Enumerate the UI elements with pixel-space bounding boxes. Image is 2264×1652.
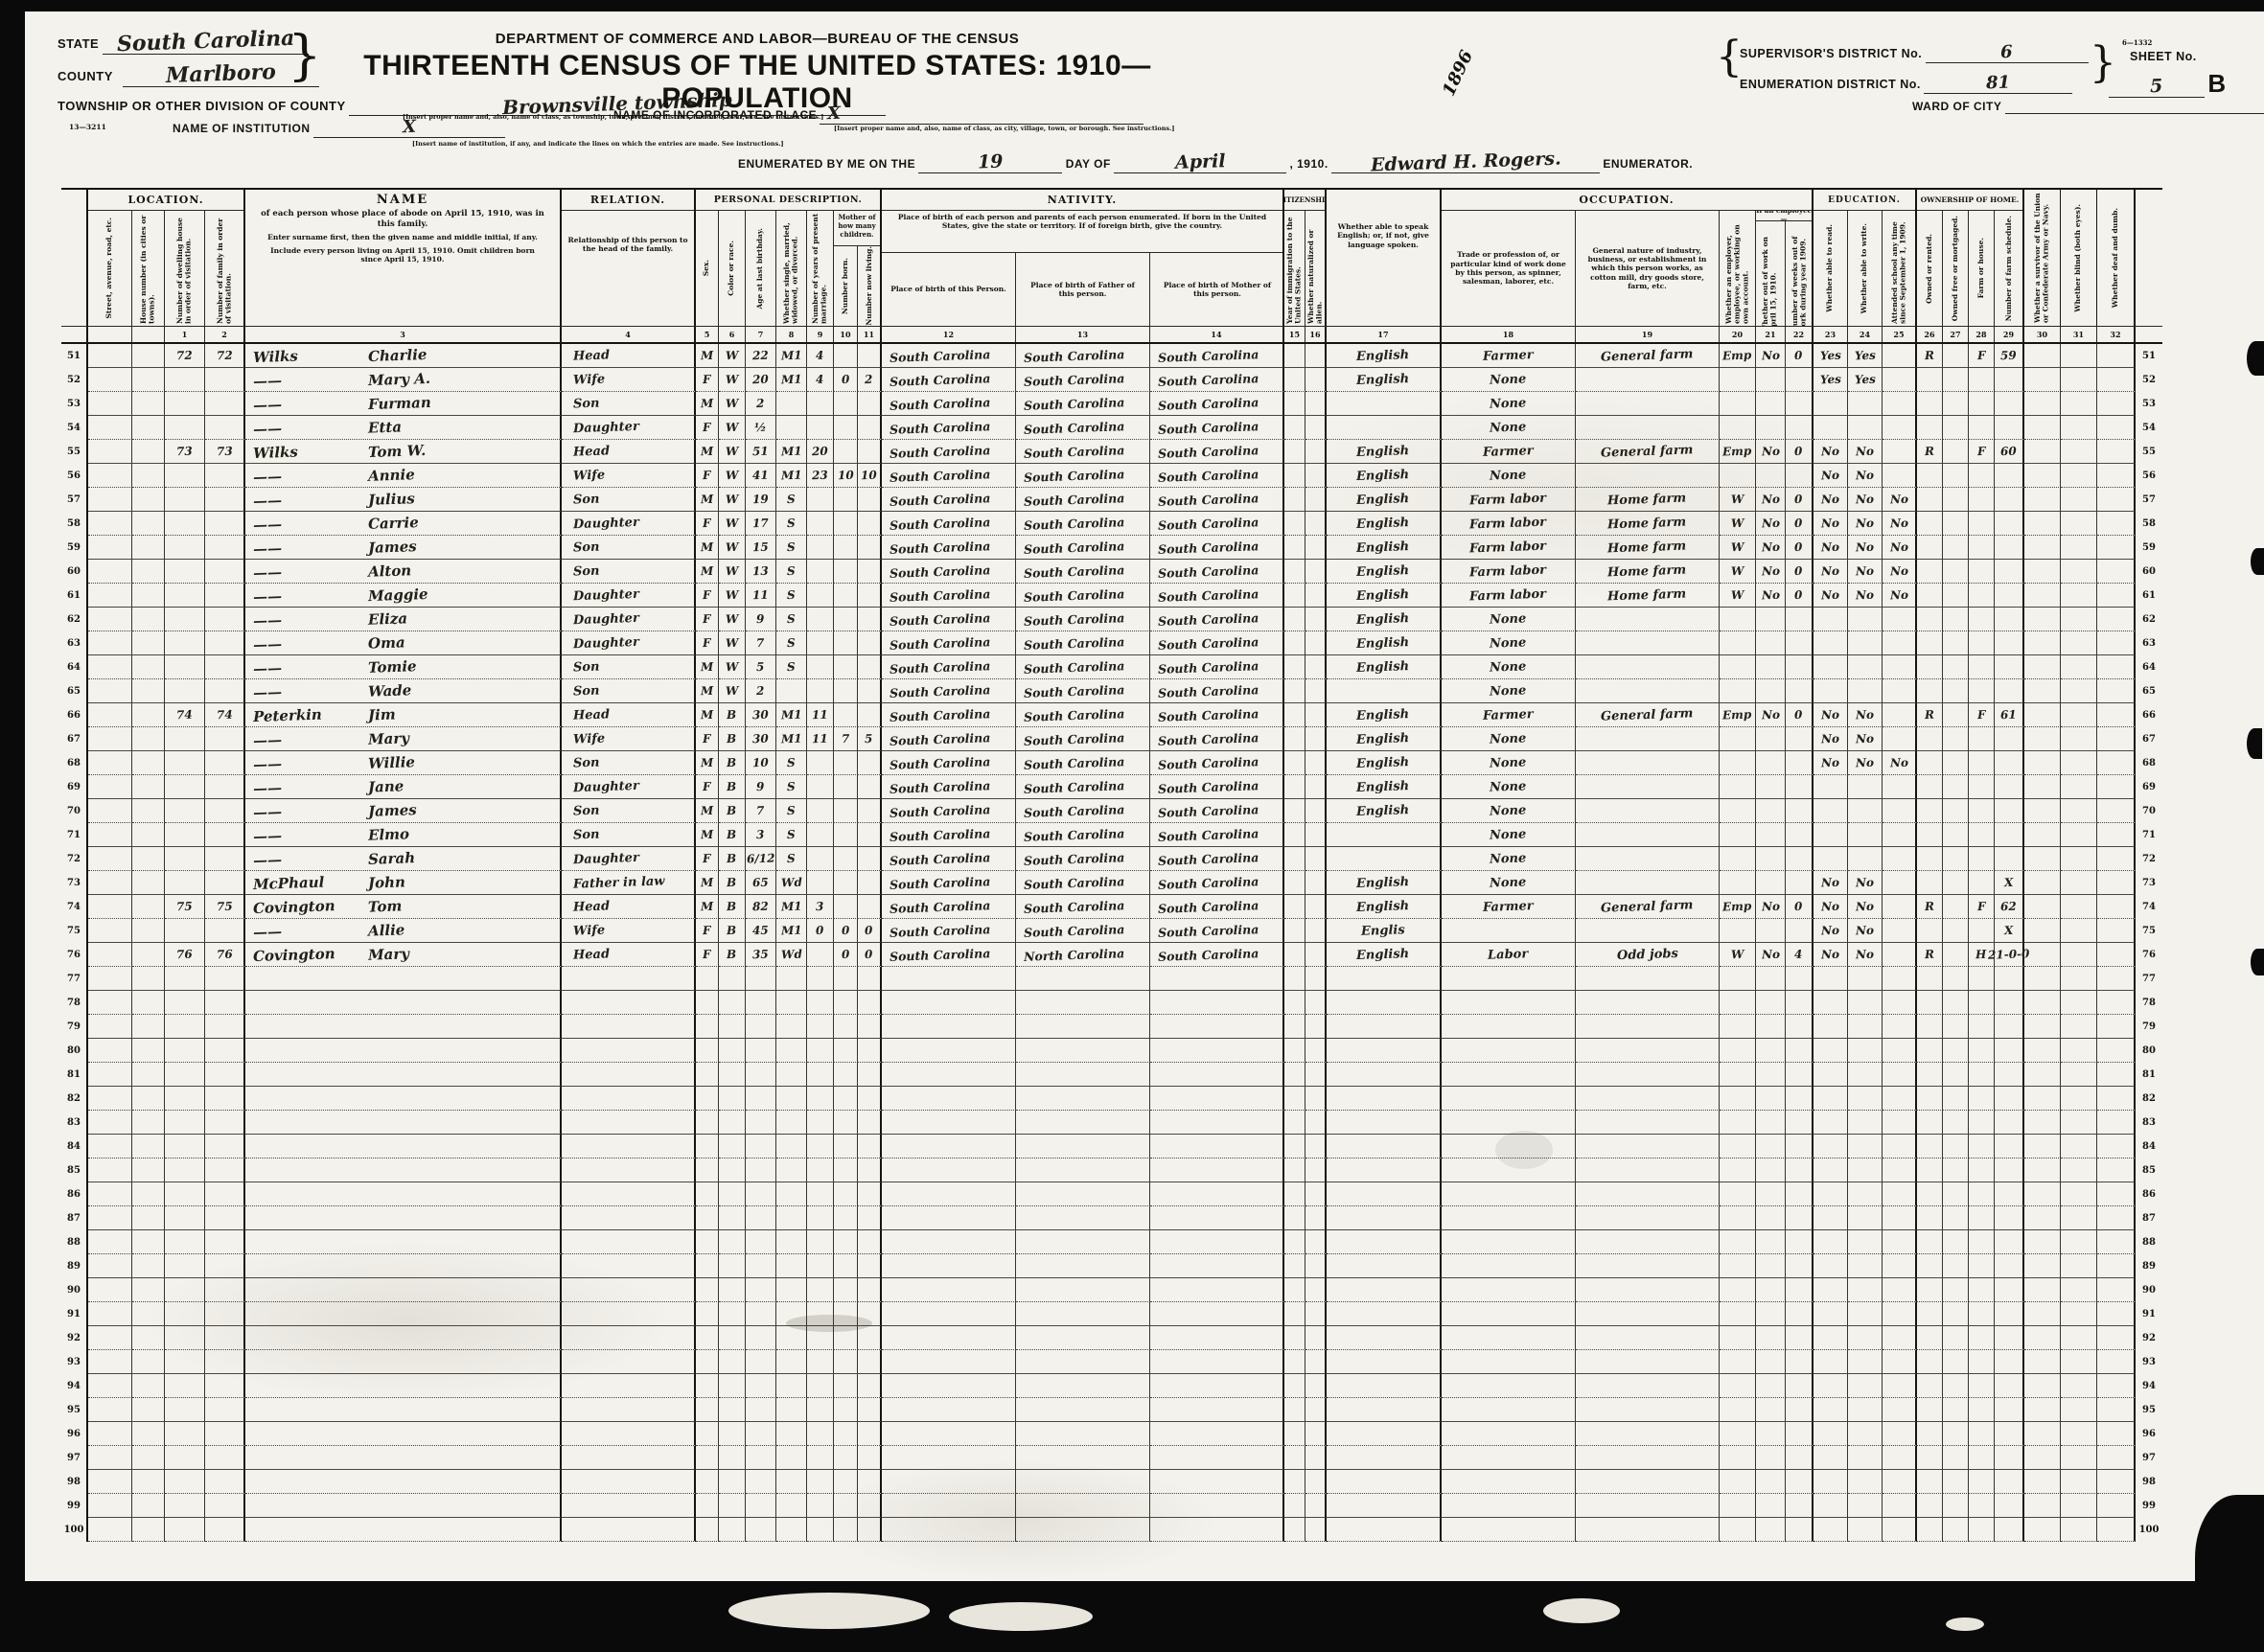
cell-employer: [1720, 871, 1756, 895]
cell-farmhouse: [1969, 1422, 1995, 1446]
line-number-right: 66: [2136, 703, 2162, 727]
cell-mort: [1943, 823, 1969, 847]
cell-english: English: [1327, 344, 1442, 368]
line-number-right: 84: [2136, 1135, 2162, 1159]
cell-vet: [2024, 847, 2061, 871]
cell-bp: South Carolina: [882, 631, 1016, 655]
cell-bf: [1016, 1254, 1150, 1278]
cell-nat: [1305, 1063, 1327, 1087]
line-number-left: 67: [61, 727, 88, 751]
column-number-color: 6: [719, 327, 746, 342]
cell-bf: South Carolina: [1016, 536, 1150, 560]
cell-family: [205, 1087, 245, 1111]
cell-name: ——Allie: [245, 919, 562, 943]
cell-owned: [1917, 1206, 1943, 1230]
smudge: [786, 1315, 872, 1332]
cell-employer: [1720, 392, 1756, 416]
cell-dwelling: [165, 799, 205, 823]
cell-read: [1814, 1111, 1848, 1135]
cell-vet: [2024, 919, 2061, 943]
cell-write: Yes: [1848, 344, 1883, 368]
cell-owned: [1917, 751, 1943, 775]
cell-relation: Daughter: [562, 416, 696, 440]
cell-employer: [1720, 1182, 1756, 1206]
cell-farmnum: [1995, 416, 2024, 440]
cell-trade: None: [1442, 392, 1576, 416]
cell-dwelling: [165, 560, 205, 584]
cell-mort: [1943, 1398, 1969, 1422]
cell-blind: [2061, 751, 2097, 775]
cell-living: [858, 584, 882, 608]
cell-family: [205, 799, 245, 823]
cell-vet: [2024, 512, 2061, 536]
column-number-yrs: 9: [807, 327, 834, 342]
cell-mort: [1943, 416, 1969, 440]
cell-born: [834, 1254, 858, 1278]
cell-family: 76: [205, 943, 245, 967]
cell-write: [1848, 631, 1883, 655]
cell-bf: South Carolina: [1016, 799, 1150, 823]
cell-marital: S: [776, 775, 807, 799]
cell-color: [719, 1302, 746, 1326]
cell-farmnum: [1995, 775, 2024, 799]
line-number-right: 55: [2136, 440, 2162, 464]
cell-street: [88, 1302, 132, 1326]
cell-deaf: [2097, 1518, 2136, 1542]
cell-out: [1756, 392, 1786, 416]
cell-house: [132, 1087, 165, 1111]
cell-bp: South Carolina: [882, 368, 1016, 392]
cell-read: [1814, 823, 1848, 847]
cell-color: B: [719, 703, 746, 727]
cell-write: [1848, 1230, 1883, 1254]
cell-english: [1327, 1494, 1442, 1518]
cell-street: [88, 847, 132, 871]
cell-farmnum: [1995, 1374, 2024, 1398]
cell-born: [834, 679, 858, 703]
cell-bm: [1150, 1135, 1284, 1159]
cell-age: [746, 1470, 776, 1494]
cell-blind: [2061, 727, 2097, 751]
cell-farmnum: [1995, 1111, 2024, 1135]
cell-house: [132, 1159, 165, 1182]
group-mother: Mother of how many children. Number born…: [834, 211, 880, 326]
cell-marital: S: [776, 560, 807, 584]
line-number-left: 64: [61, 655, 88, 679]
cell-vet: [2024, 368, 2061, 392]
cell-family: [205, 1206, 245, 1230]
cell-house: [132, 1350, 165, 1374]
cell-marital: M1: [776, 440, 807, 464]
cell-street: [88, 871, 132, 895]
cell-blind: [2061, 1278, 2097, 1302]
cell-street: [88, 1422, 132, 1446]
cell-vet: [2024, 1254, 2061, 1278]
cell-marital: [776, 416, 807, 440]
cell-trade: None: [1442, 655, 1576, 679]
cell-living: [858, 1374, 882, 1398]
cell-imm: [1284, 895, 1305, 919]
cell-farmnum: 59: [1995, 344, 2024, 368]
cell-english: [1327, 1422, 1442, 1446]
cell-employer: [1720, 368, 1756, 392]
cell-farmhouse: [1969, 655, 1995, 679]
cell-name: [245, 1374, 562, 1398]
cell-write: [1848, 967, 1883, 991]
group-location-title: LOCATION.: [88, 190, 243, 211]
cell-bm: South Carolina: [1150, 416, 1284, 440]
cell-farmhouse: [1969, 871, 1995, 895]
cell-dwelling: 75: [165, 895, 205, 919]
census-row: 8383: [61, 1111, 2162, 1135]
cell-farmhouse: [1969, 751, 1995, 775]
cell-owned: [1917, 1254, 1943, 1278]
ward-line: WARD OF CITY: [1912, 100, 2264, 114]
cell-house: [132, 1398, 165, 1422]
cell-born: [834, 488, 858, 512]
cell-name: [245, 1230, 562, 1254]
cell-living: [858, 775, 882, 799]
cell-living: [858, 895, 882, 919]
cell-owned: [1917, 1350, 1943, 1374]
cell-bm: South Carolina: [1150, 512, 1284, 536]
cell-yrs: [807, 392, 834, 416]
cell-dwelling: [165, 1111, 205, 1135]
cell-nat: [1305, 775, 1327, 799]
census-row: 8484: [61, 1135, 2162, 1159]
cell-name: [245, 1182, 562, 1206]
cell-dwelling: [165, 919, 205, 943]
cell-english: English: [1327, 608, 1442, 631]
cell-vet: [2024, 464, 2061, 488]
cell-name: [245, 1015, 562, 1039]
cell-vet: [2024, 751, 2061, 775]
name-note3: Include every person living on April 15,…: [253, 244, 552, 266]
cell-write: [1848, 1374, 1883, 1398]
cell-school: [1883, 775, 1917, 799]
col-header-sex: Sex.: [696, 211, 719, 326]
cell-owned: [1917, 799, 1943, 823]
group-nativity: NATIVITY. Place of birth of each person …: [882, 190, 1284, 326]
cell-deaf: [2097, 1015, 2136, 1039]
cell-farmnum: [1995, 1206, 2024, 1230]
cell-marital: M1: [776, 727, 807, 751]
cell-age: [746, 991, 776, 1015]
line-number-left: 91: [61, 1302, 88, 1326]
cell-born: [834, 1206, 858, 1230]
cell-write: [1848, 1111, 1883, 1135]
cell-read: [1814, 847, 1848, 871]
col-header-house: House number (in cities or towns).: [132, 211, 165, 326]
cell-living: [858, 847, 882, 871]
state-value: South Carolina: [116, 26, 294, 57]
cell-marital: S: [776, 512, 807, 536]
cell-bp: South Carolina: [882, 871, 1016, 895]
cell-vet: [2024, 1278, 2061, 1302]
number-row-margin: [2136, 327, 2162, 342]
cell-mort: [1943, 631, 1969, 655]
cell-vet: [2024, 1015, 2061, 1039]
cell-read: No: [1814, 943, 1848, 967]
line-number-left: 99: [61, 1494, 88, 1518]
cell-deaf: [2097, 943, 2136, 967]
cell-yrs: [807, 1398, 834, 1422]
cell-age: [746, 1039, 776, 1063]
cell-color: [719, 1230, 746, 1254]
cell-bf: [1016, 1087, 1150, 1111]
cell-imm: [1284, 1111, 1305, 1135]
cell-owned: [1917, 464, 1943, 488]
cell-dwelling: [165, 1015, 205, 1039]
cell-bm: South Carolina: [1150, 464, 1284, 488]
cell-school: [1883, 871, 1917, 895]
cell-industry: Home farm: [1576, 584, 1720, 608]
cell-sex: [696, 1398, 719, 1422]
cell-born: [834, 1039, 858, 1063]
cell-living: 0: [858, 919, 882, 943]
cell-owned: [1917, 560, 1943, 584]
cell-imm: [1284, 1206, 1305, 1230]
enumeration-label: ENUMERATION DISTRICT No.: [1740, 78, 1921, 91]
cell-farmnum: [1995, 1063, 2024, 1087]
cell-industry: [1576, 1398, 1720, 1422]
cell-weeks: [1786, 751, 1814, 775]
col-header-vet: Whether a survivor of the Union or Confe…: [2024, 190, 2061, 326]
cell-family: [205, 1254, 245, 1278]
cell-employer: [1720, 751, 1756, 775]
cell-weeks: [1786, 1422, 1814, 1446]
cell-farmhouse: [1969, 584, 1995, 608]
cell-out: No: [1756, 344, 1786, 368]
cell-english: [1327, 823, 1442, 847]
cell-blind: [2061, 512, 2097, 536]
cell-imm: [1284, 679, 1305, 703]
cell-mort: [1943, 1159, 1969, 1182]
enumerated-line: ENUMERATED BY ME ON THE 19 DAY OF April …: [738, 151, 1693, 173]
line-number-left: 59: [61, 536, 88, 560]
census-row: 9494: [61, 1374, 2162, 1398]
cell-farmhouse: F: [1969, 344, 1995, 368]
cell-relation: Daughter: [562, 512, 696, 536]
cell-sex: [696, 967, 719, 991]
cell-farmhouse: [1969, 488, 1995, 512]
line-number-left: 95: [61, 1398, 88, 1422]
cell-trade: [1442, 1254, 1576, 1278]
cell-out: [1756, 1398, 1786, 1422]
cell-read: [1814, 1039, 1848, 1063]
cell-age: [746, 967, 776, 991]
cell-yrs: [807, 1111, 834, 1135]
cell-school: [1883, 847, 1917, 871]
cell-read: [1814, 799, 1848, 823]
cell-age: 19: [746, 488, 776, 512]
cell-mort: [1943, 584, 1969, 608]
cell-write: [1848, 1206, 1883, 1230]
cell-farmnum: [1995, 464, 2024, 488]
cell-age: [746, 1159, 776, 1182]
cell-house: [132, 488, 165, 512]
cell-trade: [1442, 1015, 1576, 1039]
day-of-label: DAY OF: [1066, 157, 1111, 171]
cell-born: [834, 1518, 858, 1542]
census-row: 8989: [61, 1254, 2162, 1278]
cell-write: [1848, 608, 1883, 631]
cell-farmhouse: [1969, 631, 1995, 655]
cell-born: [834, 655, 858, 679]
cell-marital: [776, 1159, 807, 1182]
cell-bm: South Carolina: [1150, 560, 1284, 584]
enumerated-month: April: [1175, 150, 1226, 173]
cell-write: [1848, 416, 1883, 440]
col-header-weeks: Number of weeks out of work during year …: [1786, 221, 1812, 326]
cell-imm: [1284, 488, 1305, 512]
cell-vet: [2024, 1182, 2061, 1206]
cell-blind: [2061, 1518, 2097, 1542]
cell-color: [719, 1111, 746, 1135]
line-number-left: 92: [61, 1326, 88, 1350]
cell-dwelling: [165, 1374, 205, 1398]
cell-sex: [696, 1518, 719, 1542]
cell-bf: [1016, 967, 1150, 991]
line-number-left: 72: [61, 847, 88, 871]
cell-color: [719, 967, 746, 991]
line-number-right: 67: [2136, 727, 2162, 751]
cell-street: [88, 631, 132, 655]
column-number-name: 3: [245, 327, 562, 342]
cell-school: [1883, 1182, 1917, 1206]
cell-bf: South Carolina: [1016, 416, 1150, 440]
cell-bp: South Carolina: [882, 727, 1016, 751]
line-number-right: 60: [2136, 560, 2162, 584]
cell-name: ——Willie: [245, 751, 562, 775]
cell-farmnum: [1995, 1015, 2024, 1039]
cell-age: [746, 1182, 776, 1206]
cell-read: [1814, 1470, 1848, 1494]
cell-bf: [1016, 1159, 1150, 1182]
cell-weeks: [1786, 1111, 1814, 1135]
cell-school: No: [1883, 488, 1917, 512]
cell-dwelling: [165, 1422, 205, 1446]
cell-nat: [1305, 1039, 1327, 1063]
cell-sex: [696, 1350, 719, 1374]
cell-name: WilksTom W.: [245, 440, 562, 464]
line-number-right: 85: [2136, 1159, 2162, 1182]
cell-color: W: [719, 584, 746, 608]
cell-farmhouse: [1969, 1446, 1995, 1470]
cell-bf: [1016, 1063, 1150, 1087]
cell-read: No: [1814, 895, 1848, 919]
cell-read: [1814, 1494, 1848, 1518]
cell-english: [1327, 1374, 1442, 1398]
cell-age: [746, 1446, 776, 1470]
employee-title: If an employee—: [1756, 211, 1812, 221]
census-row: 7878: [61, 991, 2162, 1015]
cell-relation: [562, 1159, 696, 1182]
cell-age: [746, 1111, 776, 1135]
cell-bm: [1150, 1039, 1284, 1063]
cell-yrs: [807, 1374, 834, 1398]
cell-english: [1327, 392, 1442, 416]
cell-bm: South Carolina: [1150, 871, 1284, 895]
cell-bp: South Carolina: [882, 416, 1016, 440]
cell-mort: [1943, 1326, 1969, 1350]
cell-vet: [2024, 727, 2061, 751]
col-header-write: Whether able to write.: [1848, 211, 1883, 326]
cell-sex: F: [696, 727, 719, 751]
line-number-right: 70: [2136, 799, 2162, 823]
cell-age: 35: [746, 943, 776, 967]
cell-nat: [1305, 1494, 1327, 1518]
line-number-right: 59: [2136, 536, 2162, 560]
column-number-bp: 12: [882, 327, 1016, 342]
cell-house: [132, 1230, 165, 1254]
cell-sex: M: [696, 799, 719, 823]
cell-trade: None: [1442, 775, 1576, 799]
cell-school: [1883, 1470, 1917, 1494]
cell-dwelling: [165, 1182, 205, 1206]
cell-deaf: [2097, 919, 2136, 943]
cell-school: [1883, 440, 1917, 464]
cell-house: [132, 1111, 165, 1135]
cell-vet: [2024, 895, 2061, 919]
cell-school: [1883, 1230, 1917, 1254]
cell-weeks: [1786, 1135, 1814, 1159]
line-number-left: 70: [61, 799, 88, 823]
cell-bp: South Carolina: [882, 775, 1016, 799]
cell-street: [88, 919, 132, 943]
cell-read: [1814, 1518, 1848, 1542]
punch-hole: [2247, 728, 2262, 759]
cell-industry: [1576, 679, 1720, 703]
cell-name: [245, 1278, 562, 1302]
header-left-margin: [61, 190, 88, 326]
cell-deaf: [2097, 1206, 2136, 1230]
col-header-farmhouse: Farm or house.: [1969, 211, 1995, 326]
cell-blind: [2061, 1470, 2097, 1494]
cell-living: [858, 1111, 882, 1135]
census-row: 67——MaryWifeFB30M11175South CarolinaSout…: [61, 727, 2162, 751]
cell-english: [1327, 1182, 1442, 1206]
line-number-left: 57: [61, 488, 88, 512]
cell-out: No: [1756, 536, 1786, 560]
cell-living: [858, 1063, 882, 1087]
cell-relation: [562, 1422, 696, 1446]
cell-deaf: [2097, 1422, 2136, 1446]
cell-born: [834, 823, 858, 847]
cell-vet: [2024, 943, 2061, 967]
cell-read: [1814, 655, 1848, 679]
cell-industry: [1576, 1206, 1720, 1230]
census-row: 69——JaneDaughterFB9SSouth CarolinaSouth …: [61, 775, 2162, 799]
cell-trade: None: [1442, 727, 1576, 751]
header-right-margin: [2136, 190, 2162, 326]
cell-family: [205, 751, 245, 775]
cell-living: [858, 1350, 882, 1374]
col-header-english: Whether able to speak English; or, if no…: [1327, 190, 1442, 326]
cell-age: 65: [746, 871, 776, 895]
cell-dwelling: [165, 512, 205, 536]
cell-marital: [776, 1398, 807, 1422]
cell-farmnum: [1995, 1159, 2024, 1182]
cell-color: B: [719, 823, 746, 847]
cell-living: [858, 392, 882, 416]
cell-yrs: [807, 1182, 834, 1206]
cell-yrs: [807, 751, 834, 775]
column-number-deaf: 32: [2097, 327, 2136, 342]
cell-marital: [776, 1494, 807, 1518]
cell-vet: [2024, 1159, 2061, 1182]
cell-farmhouse: [1969, 799, 1995, 823]
